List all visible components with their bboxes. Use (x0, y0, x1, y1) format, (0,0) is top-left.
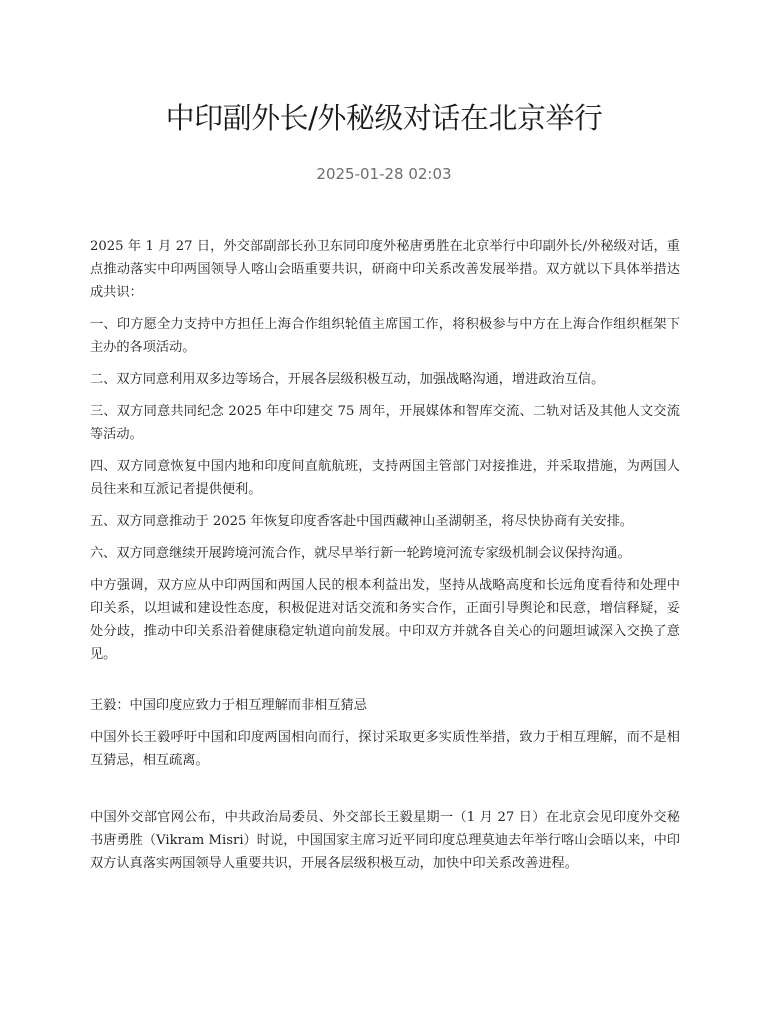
article-body: 2025 年 1 月 27 日，外交部副部长孙卫东同印度外秘唐勇胜在北京举行中印… (90, 235, 680, 884)
paragraph-china-stance: 中方强调，双方应从中印两国和两国人民的根本利益出发，坚持从战略高度和长远角度看待… (90, 574, 680, 666)
paragraph-wangyi-summary: 中国外长王毅呼吁中国和印度两国相向而行，探讨采取更多实质性举措，致力于相互理解，… (90, 726, 680, 772)
paragraph-point-1: 一、印方愿全力支持中方担任上海合作组织轮值主席国工作，将积极参与中方在上海合作组… (90, 313, 680, 359)
publish-date: 2025-01-28 02:03 (0, 164, 768, 184)
paragraph-point-4: 四、双方同意恢复中国内地和印度间直航航班，支持两国主管部门对接推进，并采取措施，… (90, 455, 680, 501)
paragraph-point-2: 二、双方同意利用双多边等场合，开展各层级积极互动，加强战略沟通，增进政治互信。 (90, 368, 680, 391)
paragraph-point-3: 三、双方同意共同纪念 2025 年中印建交 75 周年，开展媒体和智库交流、二轨… (90, 400, 680, 446)
paragraph-wangyi-detail: 中国外交部官网公布，中共政治局委员、外交部长王毅星期一（1 月 27 日）在北京… (90, 806, 680, 875)
paragraph-point-6: 六、双方同意继续开展跨境河流合作，就尽早举行新一轮跨境河流专家级机制会议保持沟通… (90, 542, 680, 565)
subheading: 王毅：中国印度应致力于相互理解而非相互猜忌 (90, 694, 680, 717)
article-title: 中印副外长/外秘级对话在北京举行 (0, 98, 768, 138)
paragraph-intro: 2025 年 1 月 27 日，外交部副部长孙卫东同印度外秘唐勇胜在北京举行中印… (90, 235, 680, 304)
article: 中印副外长/外秘级对话在北京举行 2025-01-28 02:03 2025 年… (0, 0, 768, 1024)
paragraph-point-5: 五、双方同意推动于 2025 年恢复印度香客赴中国西藏神山圣湖朝圣，将尽快协商有… (90, 510, 680, 533)
